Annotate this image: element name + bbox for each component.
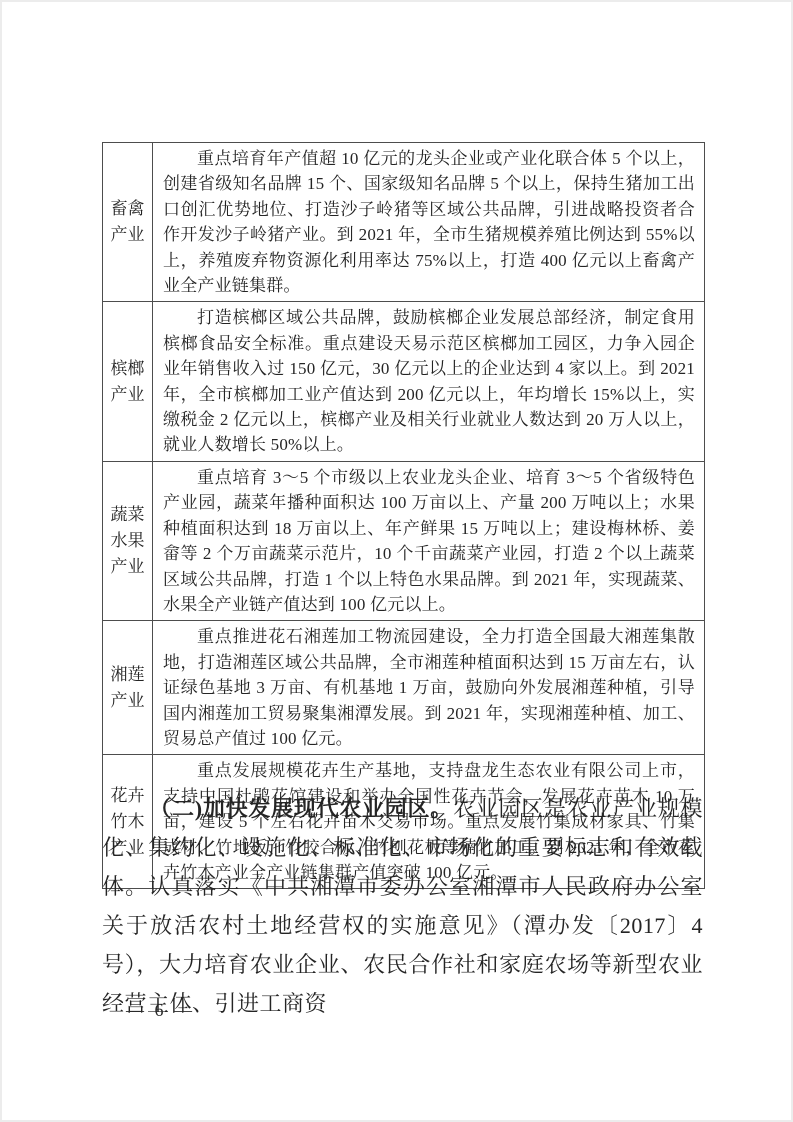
industry-label-cell: 蔬菜水果产业 xyxy=(103,462,153,620)
section-heading: （二)加快发展现代农业园区。 xyxy=(149,796,453,821)
industry-content-cell: 重点推进花石湘莲加工物流园建设，全力打造全国最大湘莲集散地，打造湘莲区域公共品牌… xyxy=(153,621,704,754)
industry-label: 蔬菜水果产业 xyxy=(109,502,147,580)
industry-content-cell: 重点培育年产值超 10 亿元的龙头企业或产业化联合体 5 个以上，创建省级知名品… xyxy=(153,143,704,301)
industry-label-cell: 湘莲产业 xyxy=(103,621,153,754)
industry-label: 湘莲产业 xyxy=(109,662,147,714)
table-row: 湘莲产业 重点推进花石湘莲加工物流园建设，全力打造全国最大湘莲集散地，打造湘莲区… xyxy=(103,620,704,754)
industry-label: 槟榔产业 xyxy=(109,356,147,408)
document-page: 畜禽产业 重点培育年产值超 10 亿元的龙头企业或产业化联合体 5 个以上，创建… xyxy=(0,0,793,1122)
industry-goals-table: 畜禽产业 重点培育年产值超 10 亿元的龙头企业或产业化联合体 5 个以上，创建… xyxy=(102,142,705,889)
section-paragraph: （二)加快发展现代农业园区。农业园区是农业产业规模化、集约化、设施化、标准化、市… xyxy=(102,789,703,1023)
table-row: 蔬菜水果产业 重点培育 3～5 个市级以上农业龙头企业、培育 3～5 个省级特色… xyxy=(103,461,704,620)
industry-label-cell: 槟榔产业 xyxy=(103,302,153,460)
industry-content-cell: 打造槟榔区域公共品牌，鼓励槟榔企业发展总部经济，制定食用槟榔食品安全标准。重点建… xyxy=(153,302,704,460)
section-body-text: 农业园区是农业产业规模化、集约化、设施化、标准化、市场化的重要标志和有效载体。认… xyxy=(102,796,703,1016)
industry-content-cell: 重点培育 3～5 个市级以上农业龙头企业、培育 3～5 个省级特色产业园，蔬菜年… xyxy=(153,462,704,620)
industry-label-cell: 畜禽产业 xyxy=(103,143,153,301)
industry-label: 畜禽产业 xyxy=(109,196,147,248)
table-row: 槟榔产业 打造槟榔区域公共品牌，鼓励槟榔企业发展总部经济，制定食用槟榔食品安全标… xyxy=(103,301,704,460)
table-row: 畜禽产业 重点培育年产值超 10 亿元的龙头企业或产业化联合体 5 个以上，创建… xyxy=(103,143,704,301)
page-number: — 6 — xyxy=(126,1000,195,1021)
